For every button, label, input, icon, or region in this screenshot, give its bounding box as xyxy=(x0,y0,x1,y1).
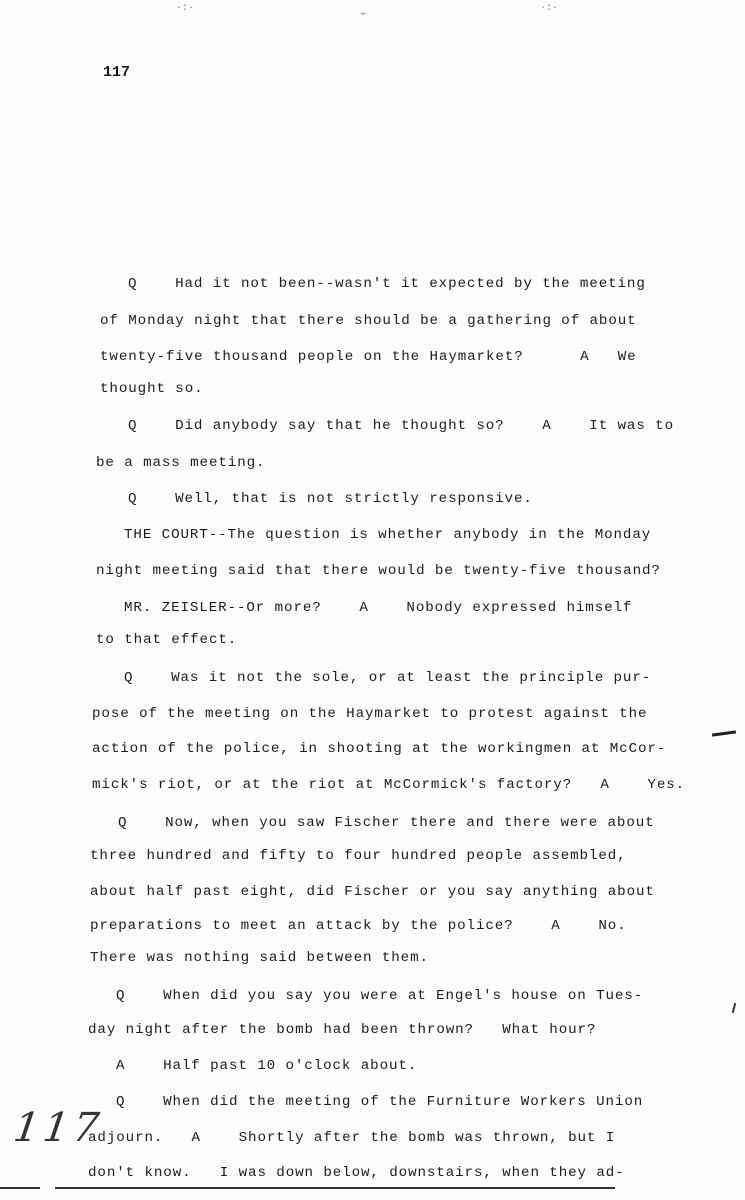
transcript-line: twenty-five thousand people on the Hayma… xyxy=(100,349,637,365)
transcript-line: Q When did you say you were at Engel's h… xyxy=(116,988,643,1004)
transcript-line: action of the police, in shooting at the… xyxy=(92,741,666,757)
transcript-line: to that effect. xyxy=(96,632,237,648)
transcript-line: preparations to meet an attack by the po… xyxy=(90,918,627,934)
transcript-line: Q Now, when you saw Fischer there and th… xyxy=(118,815,655,831)
transcript-line: Q When did the meeting of the Furniture … xyxy=(116,1094,643,1110)
scan-artifact: ⌣ xyxy=(360,10,367,20)
scan-artifact: ·:· xyxy=(176,4,194,14)
transcript-line: mick's riot, or at the riot at McCormick… xyxy=(92,777,685,793)
transcript-line: Q Had it not been--wasn't it expected by… xyxy=(128,276,646,292)
transcript-line: A Half past 10 o'clock about. xyxy=(116,1058,417,1074)
transcript-line: three hundred and fifty to four hundred … xyxy=(90,848,627,864)
transcript-line: MR. ZEISLER--Or more? A Nobody expressed… xyxy=(124,600,632,616)
transcript-line: about half past eight, did Fischer or yo… xyxy=(90,884,655,900)
transcript-line: night meeting said that there would be t… xyxy=(96,563,661,579)
margin-tick-mark xyxy=(732,1003,737,1013)
transcript-line: adjourn. A Shortly after the bomb was th… xyxy=(88,1130,615,1146)
page-number: 117 xyxy=(103,64,130,81)
handwritten-page-number: 117 xyxy=(11,1108,105,1148)
transcript-line: There was nothing said between them. xyxy=(90,950,429,966)
transcript-line: of Monday night that there should be a g… xyxy=(100,313,637,329)
transcript-line: THE COURT--The question is whether anybo… xyxy=(124,527,651,543)
transcript-page: ·:· ⌣ ·:· 117 Q Had it not been--wasn't … xyxy=(0,0,745,1200)
scan-artifact: ·:· xyxy=(540,4,558,14)
transcript-line: don't know. I was down below, downstairs… xyxy=(88,1165,625,1181)
transcript-line: Q Did anybody say that he thought so? A … xyxy=(128,418,674,434)
transcript-line: Q Well, that is not strictly responsive. xyxy=(128,491,533,507)
bottom-rule xyxy=(55,1187,615,1189)
bottom-rule xyxy=(0,1187,40,1189)
transcript-line: thought so. xyxy=(100,381,204,397)
transcript-line: day night after the bomb had been thrown… xyxy=(88,1022,596,1038)
margin-dash-mark xyxy=(712,730,736,736)
transcript-line: Q Was it not the sole, or at least the p… xyxy=(124,670,651,686)
transcript-line: be a mass meeting. xyxy=(96,455,265,471)
transcript-line: pose of the meeting on the Haymarket to … xyxy=(92,706,647,722)
